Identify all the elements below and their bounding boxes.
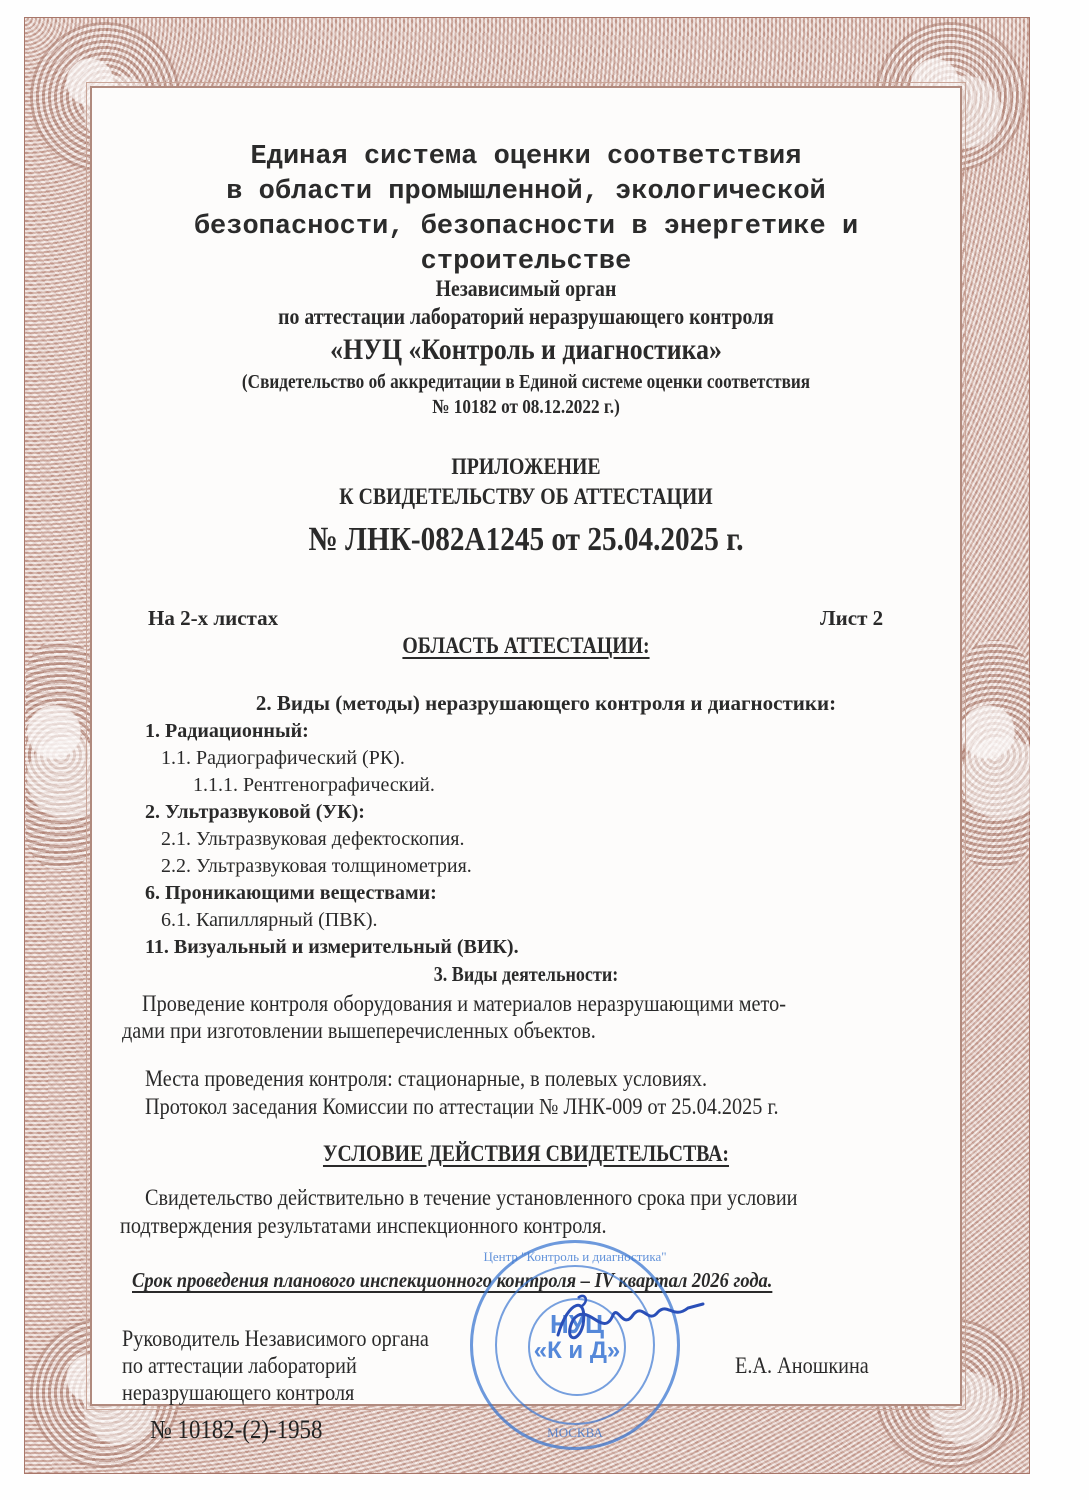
signatory-title-line: Руководитель Независимого органа xyxy=(122,1325,429,1352)
activities-heading: 3. Виды деятельности: xyxy=(151,962,901,987)
activities-text-line: Проведение контроля оборудования и матер… xyxy=(142,991,786,1017)
organization-name: «НУЦ «Контроль и диагностика» xyxy=(151,332,901,368)
body-line: Независимый орган xyxy=(151,275,901,303)
appendix-title-line: ПРИЛОЖЕНИЕ xyxy=(151,452,901,482)
body-line: по аттестации лабораторий неразрушающего… xyxy=(151,303,901,331)
appendix-title: ПРИЛОЖЕНИЕ К СВИДЕТЕЛЬСТВУ ОБ АТТЕСТАЦИИ xyxy=(151,452,901,512)
system-title-line: безопасности, безопасности в энергетике … xyxy=(90,210,962,245)
activities-text-line: дами при изготовлении вышеперечисленных … xyxy=(122,1018,596,1044)
side-ornament-icon xyxy=(26,640,96,870)
method-item: 6. Проникающими веществами: xyxy=(145,880,519,907)
signatory-title: Руководитель Независимого органа по атте… xyxy=(122,1325,429,1406)
form-number: № 10182-(2)-1958 xyxy=(150,1415,322,1445)
certificate-number: № ЛНК-082А1245 от 25.04.2025 г. xyxy=(151,520,901,560)
body-name: Независимый орган по аттестации лаборато… xyxy=(151,275,901,331)
stamp-ring-bottom: МОСКВА xyxy=(473,1425,677,1441)
conditions-heading: УСЛОВИЕ ДЕЙСТВИЯ СВИДЕТЕЛЬСТВА: xyxy=(151,1141,901,1167)
accreditation-info: (Свидетельство об аккредитации в Единой … xyxy=(151,370,901,420)
method-item: 1.1. Радиографический (РК). xyxy=(145,745,519,772)
side-ornament-icon xyxy=(960,640,1030,870)
system-title-line: Единая система оценки соответствия xyxy=(90,140,962,175)
accreditation-line: (Свидетельство об аккредитации в Единой … xyxy=(151,370,901,395)
conditions-text-line: Свидетельство действительно в течение ус… xyxy=(145,1185,798,1211)
method-item: 2. Ультразвуковой (УК): xyxy=(145,799,519,826)
methods-heading: 2. Виды (методы) неразрушающего контроля… xyxy=(110,691,982,716)
system-title-line: в области промышленной, экологической xyxy=(90,175,962,210)
total-sheets: На 2-х листах xyxy=(148,606,278,631)
control-locations: Места проведения контроля: стационарные,… xyxy=(145,1066,707,1092)
signatory-title-line: неразрушающего контроля xyxy=(122,1379,429,1406)
signatory-title-line: по аттестации лабораторий xyxy=(122,1352,429,1379)
commission-protocol: Протокол заседания Комиссии по аттестаци… xyxy=(145,1094,779,1120)
appendix-title-line: К СВИДЕТЕЛЬСТВУ ОБ АТТЕСТАЦИИ xyxy=(151,482,901,512)
accreditation-line: № 10182 от 08.12.2022 г.) xyxy=(151,395,901,420)
method-item: 1.1.1. Рентгенографический. xyxy=(145,772,519,799)
conditions-text-line: подтверждения результатами инспекционног… xyxy=(120,1213,607,1239)
sheet-number: Лист 2 xyxy=(820,606,883,631)
scope-heading: ОБЛАСТЬ АТТЕСТАЦИИ: xyxy=(151,633,901,659)
method-item: 2.1. Ультразвуковая дефектоскопия. xyxy=(145,826,519,853)
method-item: 11. Визуальный и измерительный (ВИК). xyxy=(145,934,519,961)
methods-list: 1. Радиационный: 1.1. Радиографический (… xyxy=(145,718,519,961)
signatory-name: Е.А. Аношкина xyxy=(735,1353,869,1379)
stamp-ring-top: Центр "Контроль и диагностика" xyxy=(473,1249,677,1265)
method-item: 2.2. Ультразвуковая толщинометрия. xyxy=(145,853,519,880)
system-title: Единая система оценки соответствия в обл… xyxy=(90,140,962,280)
method-item: 1. Радиационный: xyxy=(145,718,519,745)
method-item: 6.1. Капиллярный (ПВК). xyxy=(145,907,519,934)
signature-icon xyxy=(548,1290,708,1350)
